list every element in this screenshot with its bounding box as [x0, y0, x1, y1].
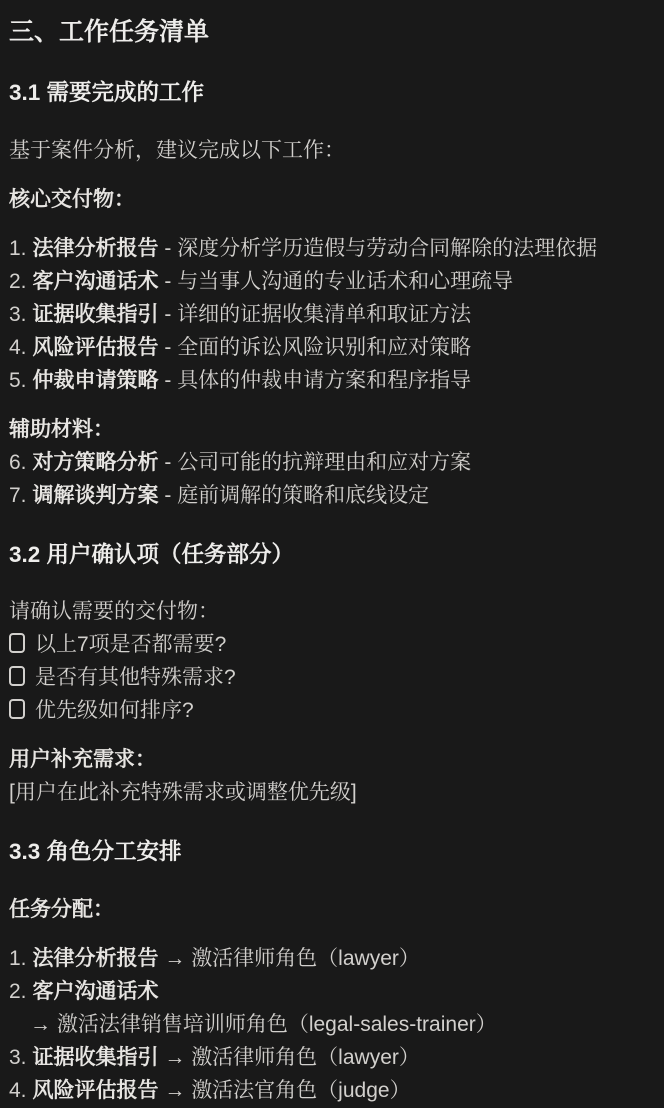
list-number: 3. — [9, 1046, 27, 1069]
supplement-note: [用户在此补充特殊需求或调整优先级] — [9, 776, 656, 809]
deliverable-desc: 深度分析学历造假与劳动合同解除的法理依据 — [177, 237, 597, 260]
arrow-icon: → — [159, 1079, 192, 1102]
deliverable-desc: 与当事人沟通的专业话术和心理疏导 — [177, 270, 513, 293]
user-supplement: 用户补充需求： [用户在此补充特殊需求或调整优先级] — [9, 743, 656, 809]
assignment-item: 3.证据收集指引 → 激活律师角色（lawyer） — [9, 1041, 656, 1074]
confirm-label: 请确认需要的交付物： — [9, 595, 656, 628]
separator: - — [159, 451, 178, 474]
deliverable-title: 风险评估报告 — [33, 336, 159, 359]
list-item: 2.客户沟通话术 - 与当事人沟通的专业话术和心理疏导 — [9, 265, 656, 298]
separator: - — [159, 484, 178, 507]
separator: - — [159, 303, 178, 326]
list-number: 5. — [9, 369, 27, 392]
assignment-item: 4.风险评估报告 → 激活法官角色（judge） — [9, 1074, 656, 1107]
list-number: 7. — [9, 484, 27, 507]
assignment-list: 1.法律分析报告 → 激活律师角色（lawyer） 2.客户沟通话术 → 激活法… — [9, 942, 656, 1107]
list-item: 3.证据收集指引 - 详细的证据收集清单和取证方法 — [9, 298, 656, 331]
checkbox-label: 优先级如何排序? — [35, 699, 194, 722]
deliverable-desc: 全面的诉讼风险识别和应对策略 — [177, 336, 471, 359]
deliverable-title: 对方策略分析 — [33, 451, 159, 474]
deliverable-title: 法律分析报告 — [33, 237, 159, 260]
arrow-icon: → — [159, 947, 192, 970]
role-assignment: 激活法官角色（judge） — [191, 1079, 410, 1102]
deliverable-desc: 公司可能的抗辩理由和应对方案 — [177, 451, 471, 474]
supplement-label: 用户补充需求： — [9, 743, 656, 776]
aux-materials: 辅助材料： 6.对方策略分析 - 公司可能的抗辩理由和应对方案 7.调解谈判方案… — [9, 413, 656, 512]
task-title: 客户沟通话术 — [33, 980, 159, 1003]
checkbox-icon — [9, 666, 25, 686]
core-deliverables-label: 核心交付物： — [9, 183, 656, 216]
role-assignment: 激活律师角色（lawyer） — [191, 947, 420, 970]
task-title: 法律分析报告 — [33, 947, 159, 970]
arrow-icon: → — [30, 1013, 57, 1036]
list-item: 1.法律分析报告 - 深度分析学历造假与劳动合同解除的法理依据 — [9, 232, 656, 265]
list-number: 4. — [9, 1079, 27, 1102]
section-3-3-heading: 3.3 角色分工安排 — [9, 836, 656, 868]
task-title: 风险评估报告 — [33, 1079, 159, 1102]
assignment-label: 任务分配： — [9, 893, 656, 926]
role-assignment: 激活律师角色（lawyer） — [191, 1046, 420, 1069]
checkbox-item: 以上7项是否都需要? — [9, 628, 656, 661]
confirm-list: 请确认需要的交付物： 以上7项是否都需要? 是否有其他特殊需求? 优先级如何排序… — [9, 595, 656, 727]
list-item: 5.仲裁申请策略 - 具体的仲裁申请方案和程序指导 — [9, 364, 656, 397]
intro-text: 基于案件分析，建议完成以下工作： — [9, 134, 656, 167]
deliverable-desc: 具体的仲裁申请方案和程序指导 — [177, 369, 471, 392]
deliverable-title: 证据收集指引 — [33, 303, 159, 326]
list-number: 2. — [9, 270, 27, 293]
deliverable-title: 调解谈判方案 — [33, 484, 159, 507]
document-title: 三、工作任务清单 — [9, 15, 656, 50]
list-item: 4.风险评估报告 - 全面的诉讼风险识别和应对策略 — [9, 331, 656, 364]
core-deliverables-list: 1.法律分析报告 - 深度分析学历造假与劳动合同解除的法理依据 2.客户沟通话术… — [9, 232, 656, 397]
assignment-item: 2.客户沟通话术 — [9, 975, 656, 1008]
deliverable-title: 客户沟通话术 — [33, 270, 159, 293]
separator: - — [159, 237, 178, 260]
deliverable-desc: 详细的证据收集清单和取证方法 — [177, 303, 471, 326]
checkbox-label: 以上7项是否都需要? — [35, 633, 226, 656]
checkbox-label: 是否有其他特殊需求? — [35, 666, 236, 689]
checkbox-item: 优先级如何排序? — [9, 694, 656, 727]
assignment-item-continuation: → 激活法律销售培训师角色（legal-sales-trainer） — [9, 1008, 656, 1041]
checkbox-icon — [9, 633, 25, 653]
assignment-item: 1.法律分析报告 → 激活律师角色（lawyer） — [9, 942, 656, 975]
arrow-icon: → — [159, 1046, 192, 1069]
list-number: 1. — [9, 947, 27, 970]
section-3-2-heading: 3.2 用户确认项（任务部分） — [9, 539, 656, 571]
deliverable-desc: 庭前调解的策略和底线设定 — [177, 484, 429, 507]
list-number: 1. — [9, 237, 27, 260]
list-item: 6.对方策略分析 - 公司可能的抗辩理由和应对方案 — [9, 446, 656, 479]
list-number: 6. — [9, 451, 27, 474]
separator: - — [159, 336, 178, 359]
aux-materials-label: 辅助材料： — [9, 413, 656, 446]
document: 三、工作任务清单 3.1 需要完成的工作 基于案件分析，建议完成以下工作： 核心… — [9, 15, 656, 1107]
section-3-1-heading: 3.1 需要完成的工作 — [9, 77, 656, 109]
deliverable-title: 仲裁申请策略 — [33, 369, 159, 392]
list-number: 2. — [9, 980, 27, 1003]
task-title: 证据收集指引 — [33, 1046, 159, 1069]
role-assignment: 激活法律销售培训师角色（legal-sales-trainer） — [57, 1013, 497, 1036]
separator: - — [159, 369, 178, 392]
list-number: 3. — [9, 303, 27, 326]
list-item: 7.调解谈判方案 - 庭前调解的策略和底线设定 — [9, 479, 656, 512]
checkbox-item: 是否有其他特殊需求? — [9, 661, 656, 694]
list-number: 4. — [9, 336, 27, 359]
checkbox-icon — [9, 699, 25, 719]
separator: - — [159, 270, 178, 293]
